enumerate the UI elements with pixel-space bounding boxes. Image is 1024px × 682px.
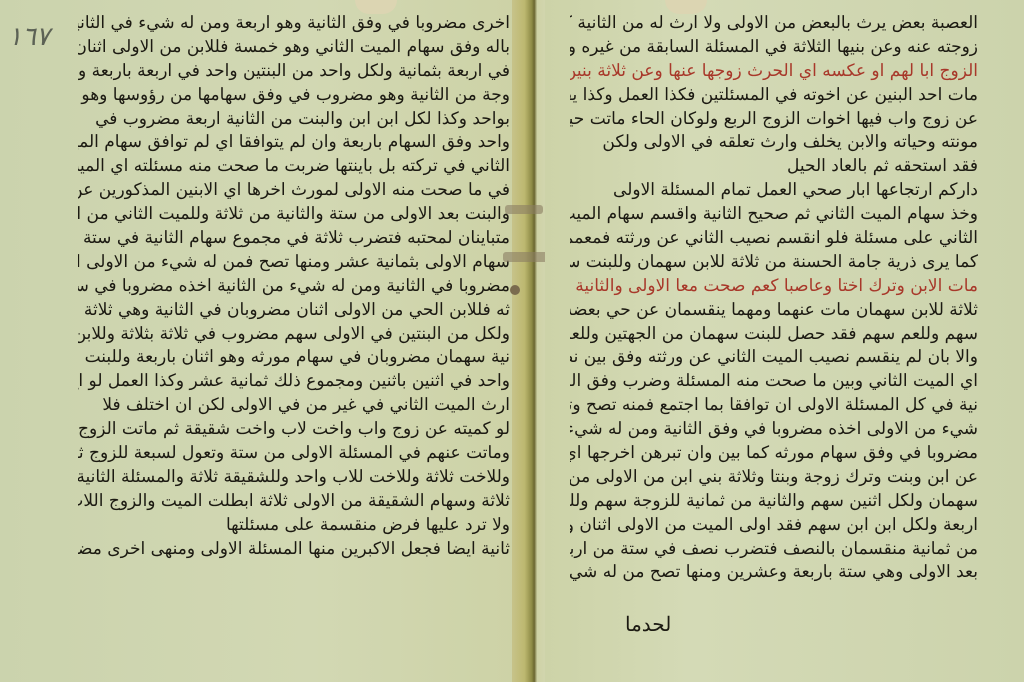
text-line: مات الابن وترك اختا وعاصبا كعم صحت معا ا… bbox=[570, 275, 978, 299]
text-line: الثاني على مسئلة فلو انقسم نصيب الثاني ع… bbox=[570, 227, 978, 251]
text-line: في اربعة بثمانية ولكل واحد من البنتين وا… bbox=[78, 60, 510, 84]
text-line: وجة من الثانية وهو مضروب في وفق سهامها م… bbox=[78, 84, 510, 108]
text-line: عن ابن وبنت وترك زوجة وبنتا وثلاثة بني ا… bbox=[570, 466, 978, 490]
text-line: عن زوج واب فيها اخوات الزوج الربع ولوكان… bbox=[570, 108, 978, 132]
text-line: واحد في اثنين باثنين ومجموع ذلك ثمانية ع… bbox=[78, 370, 510, 394]
text-line: شيء من الاولى اخذه مضروبا في وفق الثانية… bbox=[570, 418, 978, 442]
text-line: ولا ترد عليها فرض منقسمة على مسئلتها bbox=[78, 514, 510, 538]
text-line: مونته وحياته والابن يخلف وارث تعلقه في ا… bbox=[570, 131, 978, 155]
text-line: ارث الميت الثاني في غير من في الاولى لكن… bbox=[78, 394, 510, 418]
book-gutter bbox=[512, 0, 548, 682]
text-line: والبنت بعد الاولى من ستة والثانية من ثلا… bbox=[78, 203, 510, 227]
text-line: مضروبا في وفق سهام مورثه كما بين وان تبر… bbox=[570, 442, 978, 466]
left-page-text: اخرى مضروبا في وفق الثانية وهو اربعة ومن… bbox=[78, 12, 510, 561]
text-line: بعد الاولى وهي ستة باربعة وعشرين ومنها ت… bbox=[570, 561, 978, 585]
text-line: سهم وللعم سهم فقد حصل للبنت سهمان من الج… bbox=[570, 323, 978, 347]
text-line: وماتت عنهم في المسئلة الاولى من ستة وتعو… bbox=[78, 442, 510, 466]
text-line: مضروبا في الثانية ومن له شيء من الثانية … bbox=[78, 275, 510, 299]
text-line: من ثمانية منقسمان بالنصف فتضرب نصف في ست… bbox=[570, 538, 978, 562]
text-line: الزوج ابا لهم او عكسه اي الحرث زوجها عنه… bbox=[570, 60, 978, 84]
left-page: ١٦٧ اخرى مضروبا في وفق الثانية وهو اربعة… bbox=[0, 0, 520, 682]
text-line: العصبة بعض يرث بالبعض من الاولى ولا ارث … bbox=[570, 12, 978, 36]
text-line: في ما صحت منه الاولى لمورث اخرها اي الاب… bbox=[78, 179, 510, 203]
text-line: وخذ سهام الميت الثاني ثم صحيح الثانية وا… bbox=[570, 203, 978, 227]
text-line: سهام الاولى بثمانية عشر ومنها تصح فمن له… bbox=[78, 251, 510, 275]
sewing-hole bbox=[510, 285, 520, 295]
text-line: ثلاثة للابن سهمان مات عنهما ومهما ينقسما… bbox=[570, 299, 978, 323]
text-line: سهمان ولكل اثنين سهم والثانية من ثمانية … bbox=[570, 490, 978, 514]
text-line: كما يرى ذرية جامة الحسنة من ثلاثة للابن … bbox=[570, 251, 978, 275]
sewing-thread-mark bbox=[503, 252, 549, 262]
text-line: اي الميت الثاني وبين ما صحت منه المسئلة … bbox=[570, 370, 978, 394]
text-line: متباينان لمحتبه فتضرب ثلاثة في مجموع سها… bbox=[78, 227, 510, 251]
text-line: نية في كل المسئلة الاولى ان توافقا بما ا… bbox=[570, 394, 978, 418]
catchword: لحدما bbox=[625, 612, 671, 636]
text-line: ولكل من البنتين في الاولى سهم مضروب في ث… bbox=[78, 323, 510, 347]
text-line: ثانية ايضا فجعل الاكبرين منها المسئلة ال… bbox=[78, 538, 510, 562]
text-line: واحد وفق السهام باربعة وان لم يتوافقا اي… bbox=[78, 131, 510, 155]
manuscript-spread: ١٦٧ اخرى مضروبا في وفق الثانية وهو اربعة… bbox=[0, 0, 1024, 682]
text-line: الثاني في تركته بل باينتها ضربت ما صحت م… bbox=[78, 155, 510, 179]
text-line: زوجته عنه وعن بنيها الثلاثة في المسئلة ا… bbox=[570, 36, 978, 60]
text-line: بواحد وكذا لكل ابن ابن والبنت من الثانية… bbox=[78, 108, 510, 132]
text-line: فقد استحقه ثم بالعاد الحيل bbox=[570, 155, 978, 179]
text-line: ثه فللابن الحي من الاولى اثنان مضروبان ف… bbox=[78, 299, 510, 323]
text-line: مات احد البنين عن اخوته في المسئلتين فكذ… bbox=[570, 84, 978, 108]
text-line: باله وفق سهام الميت الثاني وهو خمسة فللا… bbox=[78, 36, 510, 60]
text-line: اخرى مضروبا في وفق الثانية وهو اربعة ومن… bbox=[78, 12, 510, 36]
text-line: لو كميته عن زوج واب واخت لاب واخت شقيقة … bbox=[78, 418, 510, 442]
sewing-thread-mark bbox=[505, 205, 543, 214]
text-line: وللاخت ثلاثة وللاخت للاب واحد وللشقيقة ث… bbox=[78, 466, 510, 490]
text-line: والا بان لم ينقسم نصيب الميت الثاني عن و… bbox=[570, 346, 978, 370]
text-line: داركم ارتجاعها ابار صحي العمل تمام المسئ… bbox=[570, 179, 978, 203]
right-page-text: العصبة بعض يرث بالبعض من الاولى ولا ارث … bbox=[570, 12, 978, 585]
text-line: نية سهمان مضروبان في سهام مورثه وهو اثنا… bbox=[78, 346, 510, 370]
text-line: ثلاثة وسهام الشقيقة من الاولى ثلاثة ابطل… bbox=[78, 490, 510, 514]
folio-number: ١٦٧ bbox=[8, 22, 50, 52]
text-line: اربعة ولكل ابن ابن سهم فقد اولى الميت من… bbox=[570, 514, 978, 538]
